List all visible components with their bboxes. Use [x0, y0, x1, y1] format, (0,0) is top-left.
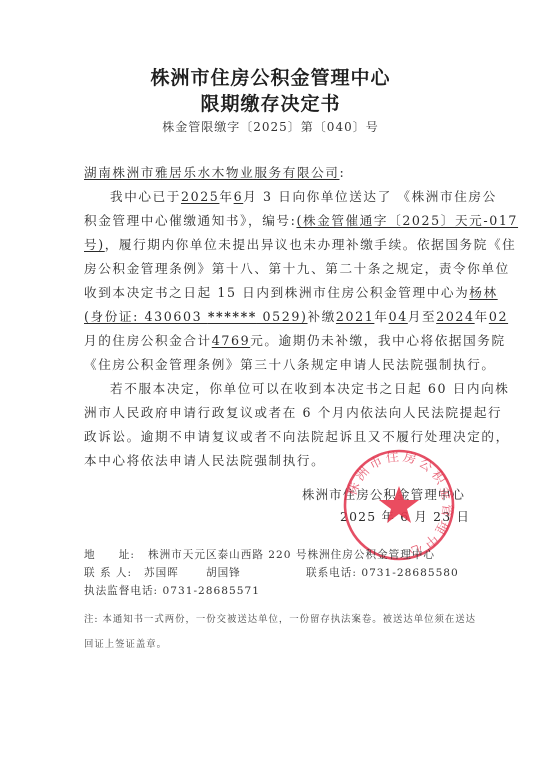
- contact-phone: 0731-28685580: [361, 567, 458, 579]
- recipient-line: 湖南株洲市雅居乐水木物业服务有限公司:: [84, 162, 345, 181]
- supervision-row: 执法监督电话: 0731-28685571: [84, 583, 260, 598]
- seal-icon: 株洲市住房公积金管理中心: [342, 448, 456, 562]
- para1-line8: 《住房公积金管理条例》第三十八条规定申请人民法院强制执行。: [84, 354, 496, 373]
- para2-line2: 洲市人民政府申请行政复议或者在 6 个月内依法向人民法院提起行: [84, 402, 502, 421]
- para2-line1: 若不服本决定，你单位可以在收到本决定书之日起 60 日内向株: [110, 378, 509, 397]
- contact-row: 联 系 人:苏国晖胡国锋联系电话: 0731-28685580: [84, 565, 459, 580]
- para1-line2: 积金管理中心催缴通知书》，编号:(株金管催通字〔2025〕天元-017: [84, 210, 518, 229]
- to-month: 02: [489, 309, 508, 324]
- para1-line5: 收到本决定书之日起 15 日内到株洲市住房公积金管理中心为杨林: [84, 282, 498, 301]
- document-title: 株洲市住房公积金管理中心: [0, 63, 541, 90]
- para2-line3: 政诉讼。逾期不申请复议或者不向法院起诉且又不履行处理决定的，: [84, 426, 510, 445]
- document-number: 株金管限缴字〔2025〕第〔040〕号: [0, 118, 541, 135]
- address-value: 株洲市天元区泰山西路 220 号株洲住房公积金管理中心: [148, 549, 435, 561]
- official-seal: 株洲市住房公积金管理中心: [342, 448, 456, 562]
- to-year: 2024: [436, 309, 474, 324]
- from-year: 2021: [336, 309, 374, 324]
- note-line2: 回证上签证盖章。: [84, 636, 167, 650]
- sent-year: 2025: [181, 189, 219, 204]
- supervision-phone: 0731-28685571: [163, 585, 260, 597]
- para1-line6: (身份证: 430603 ****** 0529)补缴2021年04月至2024…: [84, 306, 508, 325]
- para1-line3: 号)，履行期内你单位未提出异议也未办理补缴手续。依据国务院《住: [84, 234, 516, 253]
- document-subtitle: 限期缴存决定书: [0, 89, 541, 116]
- from-month: 04: [389, 309, 408, 324]
- para1-line4: 房公积金管理条例》第十八、第十九、第二十条之规定，责令你单位: [84, 258, 510, 277]
- address-row: 地 址:株洲市天元区泰山西路 220 号株洲住房公积金管理中心: [84, 547, 435, 562]
- para1-line7: 月的住房公积金合计4769元。逾期仍未补缴，我中心将依据国务院: [84, 330, 506, 349]
- sent-month: 6: [234, 189, 244, 204]
- employee-name: 杨林: [469, 285, 497, 300]
- contact-person-1: 苏国晖: [144, 565, 206, 580]
- note-line1: 注: 本通知书一式两份，一份交被送达单位，一份留存执法案卷。被送达单位须在送达: [84, 611, 476, 625]
- para2-line4: 本中心将依法申请人民法院强制执行。: [84, 450, 325, 469]
- recipient-name: 湖南株洲市雅居乐水木物业服务有限公司: [84, 165, 340, 180]
- total-amount: 4769: [212, 333, 250, 348]
- para1-line1: 我中心已于2025年6月 3 日向你单位送达了 《株洲市住房公: [110, 186, 497, 205]
- notice-number: (株金管催通字〔2025〕天元-017: [296, 213, 518, 228]
- contact-person-2: 胡国锋: [206, 565, 306, 580]
- employee-id: (身份证: 430603 ****** 0529): [84, 309, 308, 324]
